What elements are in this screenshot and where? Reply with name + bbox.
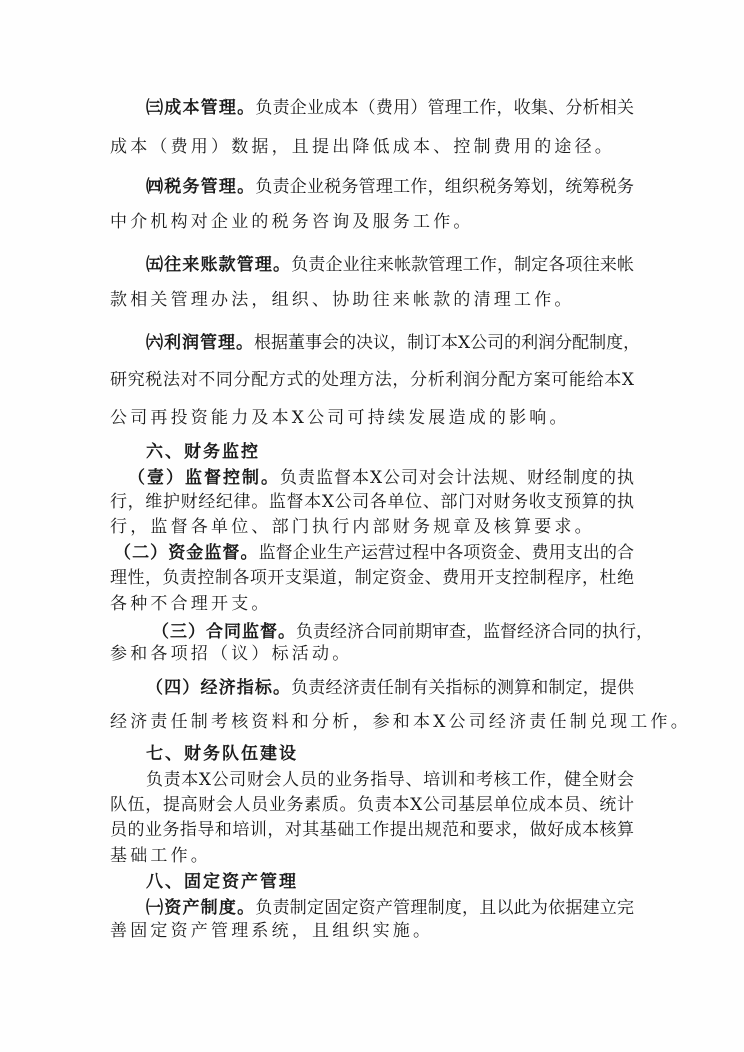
paragraph-line: 各种不合理开支。 [110,593,634,615]
item-title: （壹）监督控制。 [128,468,280,488]
paragraph-line: 款相关管理办法，组织、协助往来帐款的清理工作。 [110,289,634,311]
paragraph-line: 参和各项招（议）标活动。 [110,643,634,665]
paragraph-line: 行，监督各单位、部门执行内部财务规章及核算要求。 [110,516,634,538]
paragraph-line: 负责本X公司财会人员的业务指导、培训和考核工作，健全财会 [146,769,634,791]
paragraph-line: （三）合同监督。负责经济合同前期审查，监督经济合同的执行， [152,621,634,643]
paragraph-line: 公司再投资能力及本X公司可持续发展造成的影响。 [110,407,634,429]
paragraph-line: 经济责任制考核资料和分析，参和本X公司经济责任制兑现工作。 [110,711,634,733]
paragraph-line: 研究税法对不同分配方式的处理方法，分析利润分配方案可能给本X [110,369,634,391]
paragraph-line: 员的业务指导和培训，对其基础工作提出规范和要求，做好成本核算 [110,819,634,841]
paragraph-line: 中介机构对企业的税务咨询及服务工作。 [110,211,634,233]
item-title: ㈠资产制度。 [146,898,255,918]
paragraph-line: ㈠资产制度。负责制定固定资产管理制度，且以此为依据建立完 [146,897,634,919]
section-heading: 六、财务监控 [146,441,634,463]
section-heading: 八、固定资产管理 [146,871,634,893]
item-title: （四）经济指标。 [146,678,291,698]
paragraph-line: 基础工作。 [110,845,634,867]
paragraph-line: （二）资金监督。监督企业生产运营过程中各项资金、费用支出的合 [114,542,634,564]
paragraph-line: ㈤往来账款管理。负责企业往来帐款管理工作，制定各项往来帐 [146,254,634,276]
paragraph-line: （四）经济指标。负责经济责任制有关指标的测算和制定，提供 [146,677,634,699]
paragraph-line: 成本（费用）数据，且提出降低成本、控制费用的途径。 [110,136,634,158]
paragraph-line: 理性，负责控制各项开支渠道，制定资金、费用开支控制程序，杜绝 [110,567,634,589]
paragraph-line: 善固定资产管理系统，且组织实施。 [110,920,634,942]
item-title: ㈢成本管理。 [146,98,255,118]
paragraph-line: 行，维护财经纪律。监督本X公司各单位、部门对财务收支预算的执 [110,491,634,513]
item-title: ㈥利润管理。 [146,333,254,353]
item-title: （三）合同监督。 [152,622,296,642]
item-title: ㈣税务管理。 [146,177,255,197]
paragraph-line: ㈥利润管理。根据董事会的决议，制订本X公司的利润分配制度， [146,332,634,354]
item-title: ㈤往来账款管理。 [146,255,291,275]
item-title: （二）资金监督。 [114,543,259,563]
paragraph-line: ㈣税务管理。负责企业税务管理工作，组织税务筹划，统筹税务 [146,176,634,198]
section-heading: 七、财务队伍建设 [146,743,634,765]
paragraph-line: （壹）监督控制。负责监督本X公司对会计法规、财经制度的执 [128,467,634,489]
paragraph-line: ㈢成本管理。负责企业成本（费用）管理工作，收集、分析相关 [146,97,634,119]
paragraph-line: 队伍，提高财会人员业务素质。负责本X公司基层单位成本员、统计 [110,794,634,816]
document-page: ㈢成本管理。负责企业成本（费用）管理工作，收集、分析相关 成本（费用）数据，且提… [0,0,744,1052]
